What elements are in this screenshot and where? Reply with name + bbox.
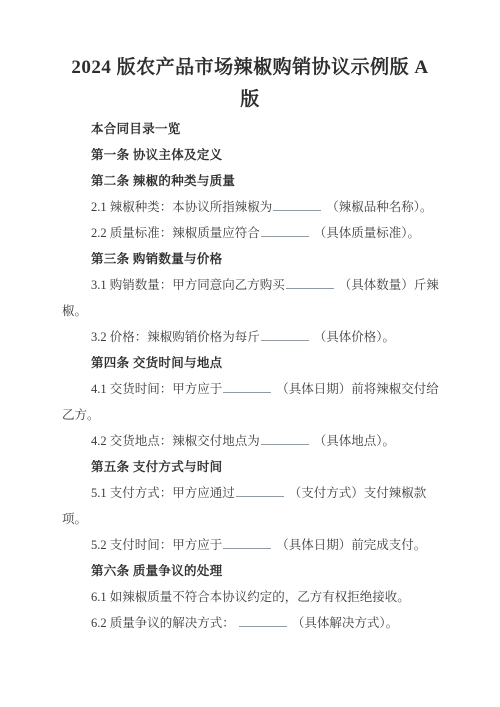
- clause-line: 2.1 辣椒种类：本协议所指辣椒为（辣椒品种名称）。: [62, 194, 438, 220]
- clause-text: 3.2 价格：辣椒购销价格为每斤: [91, 330, 260, 344]
- clause-text: 第五条 支付方式与时间: [91, 460, 222, 474]
- clause-text: 5.1 支付方式：甲方应通过: [91, 486, 235, 500]
- clause-text: 6.1 如辣椒质量不符合本协议约定的，乙方有权拒绝接收。: [91, 590, 410, 604]
- section-heading: 第五条 支付方式与时间: [62, 454, 438, 480]
- clause-text: 5.2 支付时间：甲方应于: [91, 538, 222, 552]
- clause-text: 2.2 质量标准：辣椒质量应符合: [91, 226, 260, 240]
- clause-text: 3.1 购销数量：甲方同意向乙方购买: [91, 278, 285, 292]
- clause-line: 4.2 交货地点：辣椒交付地点为（具体地点）。: [62, 428, 438, 454]
- clause-line: 4.1 交货时间：甲方应于（具体日期）前将辣椒交付给: [62, 376, 438, 402]
- clause-text: （辣椒品种名称）。: [326, 200, 432, 214]
- clause-line: 5.2 支付时间：甲方应于（具体日期）前完成支付。: [62, 532, 438, 558]
- section-heading: 第四条 交货时间与地点: [62, 350, 438, 376]
- section-heading: 第一条 协议主体及定义: [62, 142, 438, 168]
- clause-text: 第四条 交货时间与地点: [91, 356, 222, 370]
- clause-line: 6.2 质量争议的解决方式： （具体解决方式）。: [62, 610, 438, 636]
- clause-text: 第六条 质量争议的处理: [91, 564, 222, 578]
- clause-line: 3.2 价格：辣椒购销价格为每斤（具体价格）。: [62, 324, 438, 350]
- fill-in-blank-line: [223, 380, 271, 393]
- clause-text: 4.2 交货地点：辣椒交付地点为: [91, 434, 260, 448]
- fill-in-blank-line: [261, 328, 309, 341]
- clause-text: （具体日期）前将辣椒交付给: [276, 382, 439, 396]
- clause-line: 椒。: [62, 298, 438, 324]
- document-title-line-1: 2024 版农产品市场辣椒购销协议示例版 A: [62, 52, 438, 84]
- clause-text: （支付方式）支付辣椒款: [289, 486, 427, 500]
- fill-in-blank-line: [236, 484, 284, 497]
- fill-in-blank-line: [261, 224, 309, 237]
- clause-text: （具体质量标准）。: [314, 226, 420, 240]
- clause-line: 2.2 质量标准：辣椒质量应符合（具体质量标准）。: [62, 220, 438, 246]
- clause-text: （具体价格）。: [314, 330, 395, 344]
- document-title: 2024 版农产品市场辣椒购销协议示例版 A 版: [62, 52, 438, 116]
- fill-in-blank-line: [223, 536, 271, 549]
- fill-in-blank-line: [239, 614, 287, 627]
- clause-line: 乙方。: [62, 402, 438, 428]
- fill-in-blank-line: [261, 432, 309, 445]
- clause-line: 5.1 支付方式：甲方应通过（支付方式）支付辣椒款: [62, 480, 438, 506]
- clause-text: 第三条 购销数量与价格: [91, 252, 222, 266]
- clause-text: （具体地点）。: [314, 434, 395, 448]
- clause-line: 项。: [62, 506, 438, 532]
- clause-text: 4.1 交货时间：甲方应于: [91, 382, 222, 396]
- clause-text: （具体解决方式）。: [292, 616, 398, 630]
- clause-text: 第二条 辣椒的种类与质量: [91, 174, 235, 188]
- section-heading: 第六条 质量争议的处理: [62, 558, 438, 584]
- clause-line: 6.1 如辣椒质量不符合本协议约定的，乙方有权拒绝接收。: [62, 584, 438, 610]
- clause-text: 第一条 协议主体及定义: [91, 148, 222, 162]
- document-title-line-2: 版: [62, 84, 438, 116]
- contract-document-page: 2024 版农产品市场辣椒购销协议示例版 A 版 本合同目录一览 第一条 协议主…: [0, 0, 500, 707]
- section-heading: 第二条 辣椒的种类与质量: [62, 168, 438, 194]
- toc-heading: 本合同目录一览: [62, 116, 438, 142]
- fill-in-blank-line: [273, 198, 321, 211]
- clause-text: 乙方。: [62, 408, 100, 422]
- clause-text: 项。: [62, 512, 87, 526]
- clause-text: 2.1 辣椒种类：本协议所指辣椒为: [91, 200, 272, 214]
- clause-text: （具体数量）斤辣: [339, 278, 439, 292]
- fill-in-blank-line: [286, 276, 334, 289]
- clause-line: 3.1 购销数量：甲方同意向乙方购买（具体数量）斤辣: [62, 272, 438, 298]
- clause-text: 椒。: [62, 304, 87, 318]
- contract-body: 第一条 协议主体及定义第二条 辣椒的种类与质量2.1 辣椒种类：本协议所指辣椒为…: [62, 142, 438, 636]
- clause-text: 6.2 质量争议的解决方式：: [91, 616, 238, 630]
- section-heading: 第三条 购销数量与价格: [62, 246, 438, 272]
- clause-text: （具体日期）前完成支付。: [276, 538, 426, 552]
